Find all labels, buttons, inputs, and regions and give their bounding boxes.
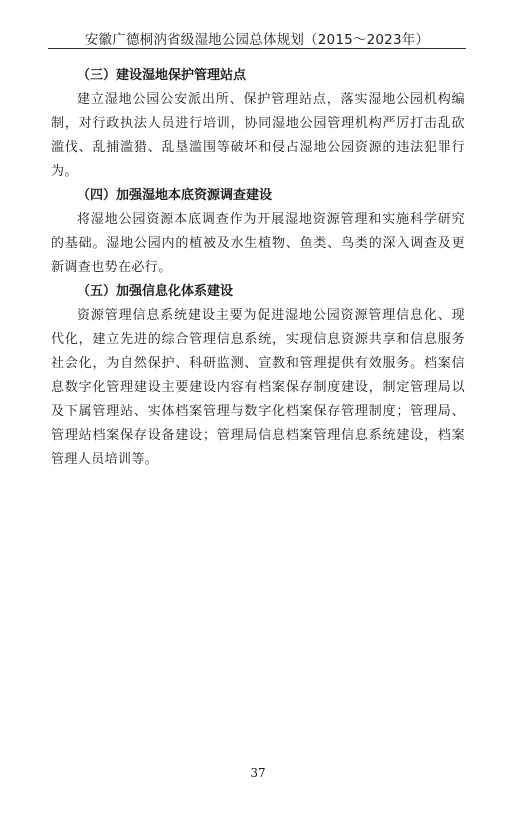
- section-paragraph: 资源管理信息系统建设主要为促进湿地公园资源管理信息化、现代化，建立先进的综合管理…: [51, 304, 465, 472]
- document-body: （三）建设湿地保护管理站点 建立湿地公园公安派出所、保护管理站点，落实湿地公园机…: [51, 64, 465, 472]
- header-divider: [48, 48, 466, 49]
- section-heading: （五）加强信息化体系建设: [51, 280, 465, 304]
- section-heading: （三）建设湿地保护管理站点: [51, 64, 465, 88]
- section-heading: （四）加强湿地本底资源调查建设: [51, 184, 465, 208]
- section-paragraph: 建立湿地公园公安派出所、保护管理站点，落实湿地公园机构编制，对行政执法人员进行培…: [51, 88, 465, 184]
- section-resource-survey: （四）加强湿地本底资源调查建设 将湿地公园资源本底调查作为开展湿地资源管理和实施…: [51, 184, 465, 280]
- section-build-protection-stations: （三）建设湿地保护管理站点 建立湿地公园公安派出所、保护管理站点，落实湿地公园机…: [51, 64, 465, 184]
- page-header-title: 安徽广德桐汭省级湿地公园总体规划（2015～2023年）: [48, 28, 466, 48]
- section-paragraph: 将湿地公园资源本底调查作为开展湿地资源管理和实施科学研究的基础。湿地公园内的植被…: [51, 208, 465, 280]
- page-number: 37: [0, 766, 516, 780]
- section-informatization: （五）加强信息化体系建设 资源管理信息系统建设主要为促进湿地公园资源管理信息化、…: [51, 280, 465, 472]
